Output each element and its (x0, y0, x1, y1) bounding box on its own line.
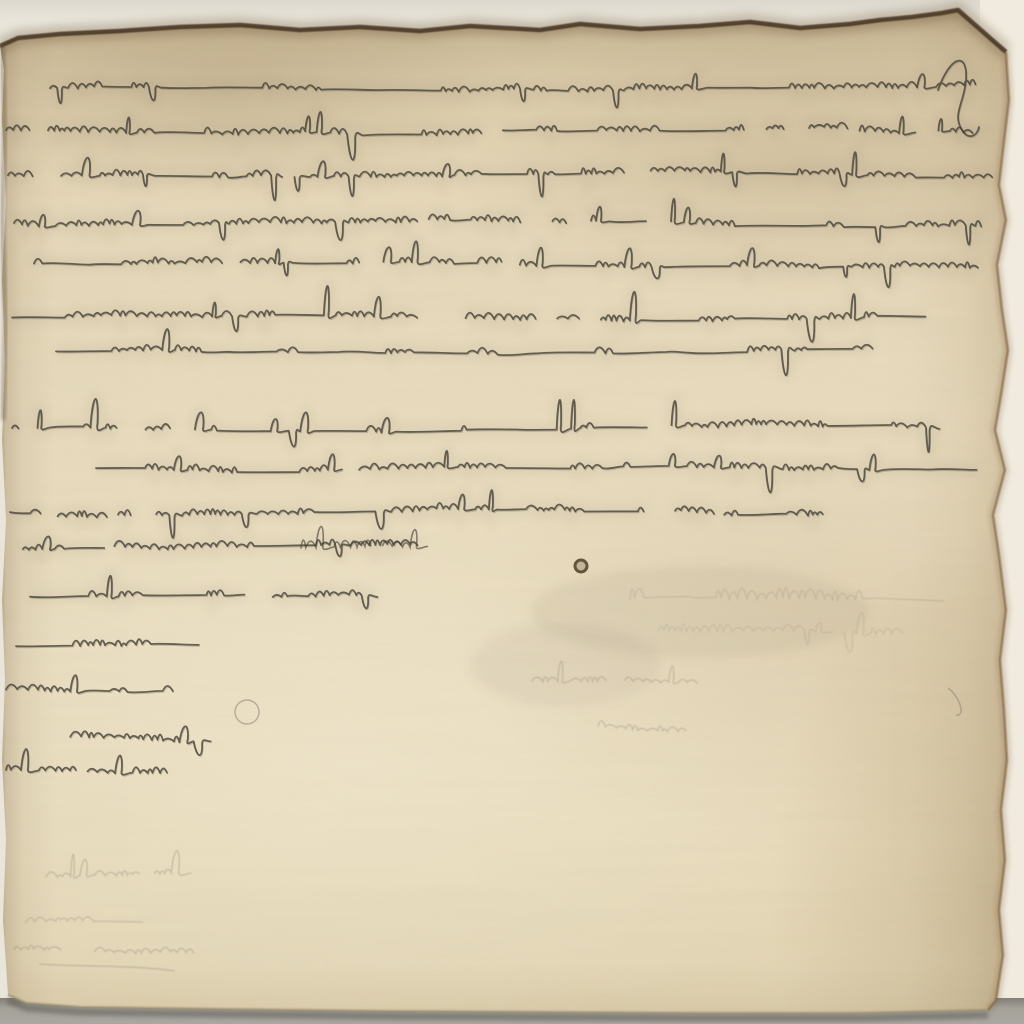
erased-smudge-patch (470, 623, 660, 707)
handwriting-layer (0, 0, 1024, 1024)
scanned-letter-photo: Aged yellowed paper with torn darkened e… (0, 0, 1024, 1024)
ink-blot (575, 560, 587, 572)
